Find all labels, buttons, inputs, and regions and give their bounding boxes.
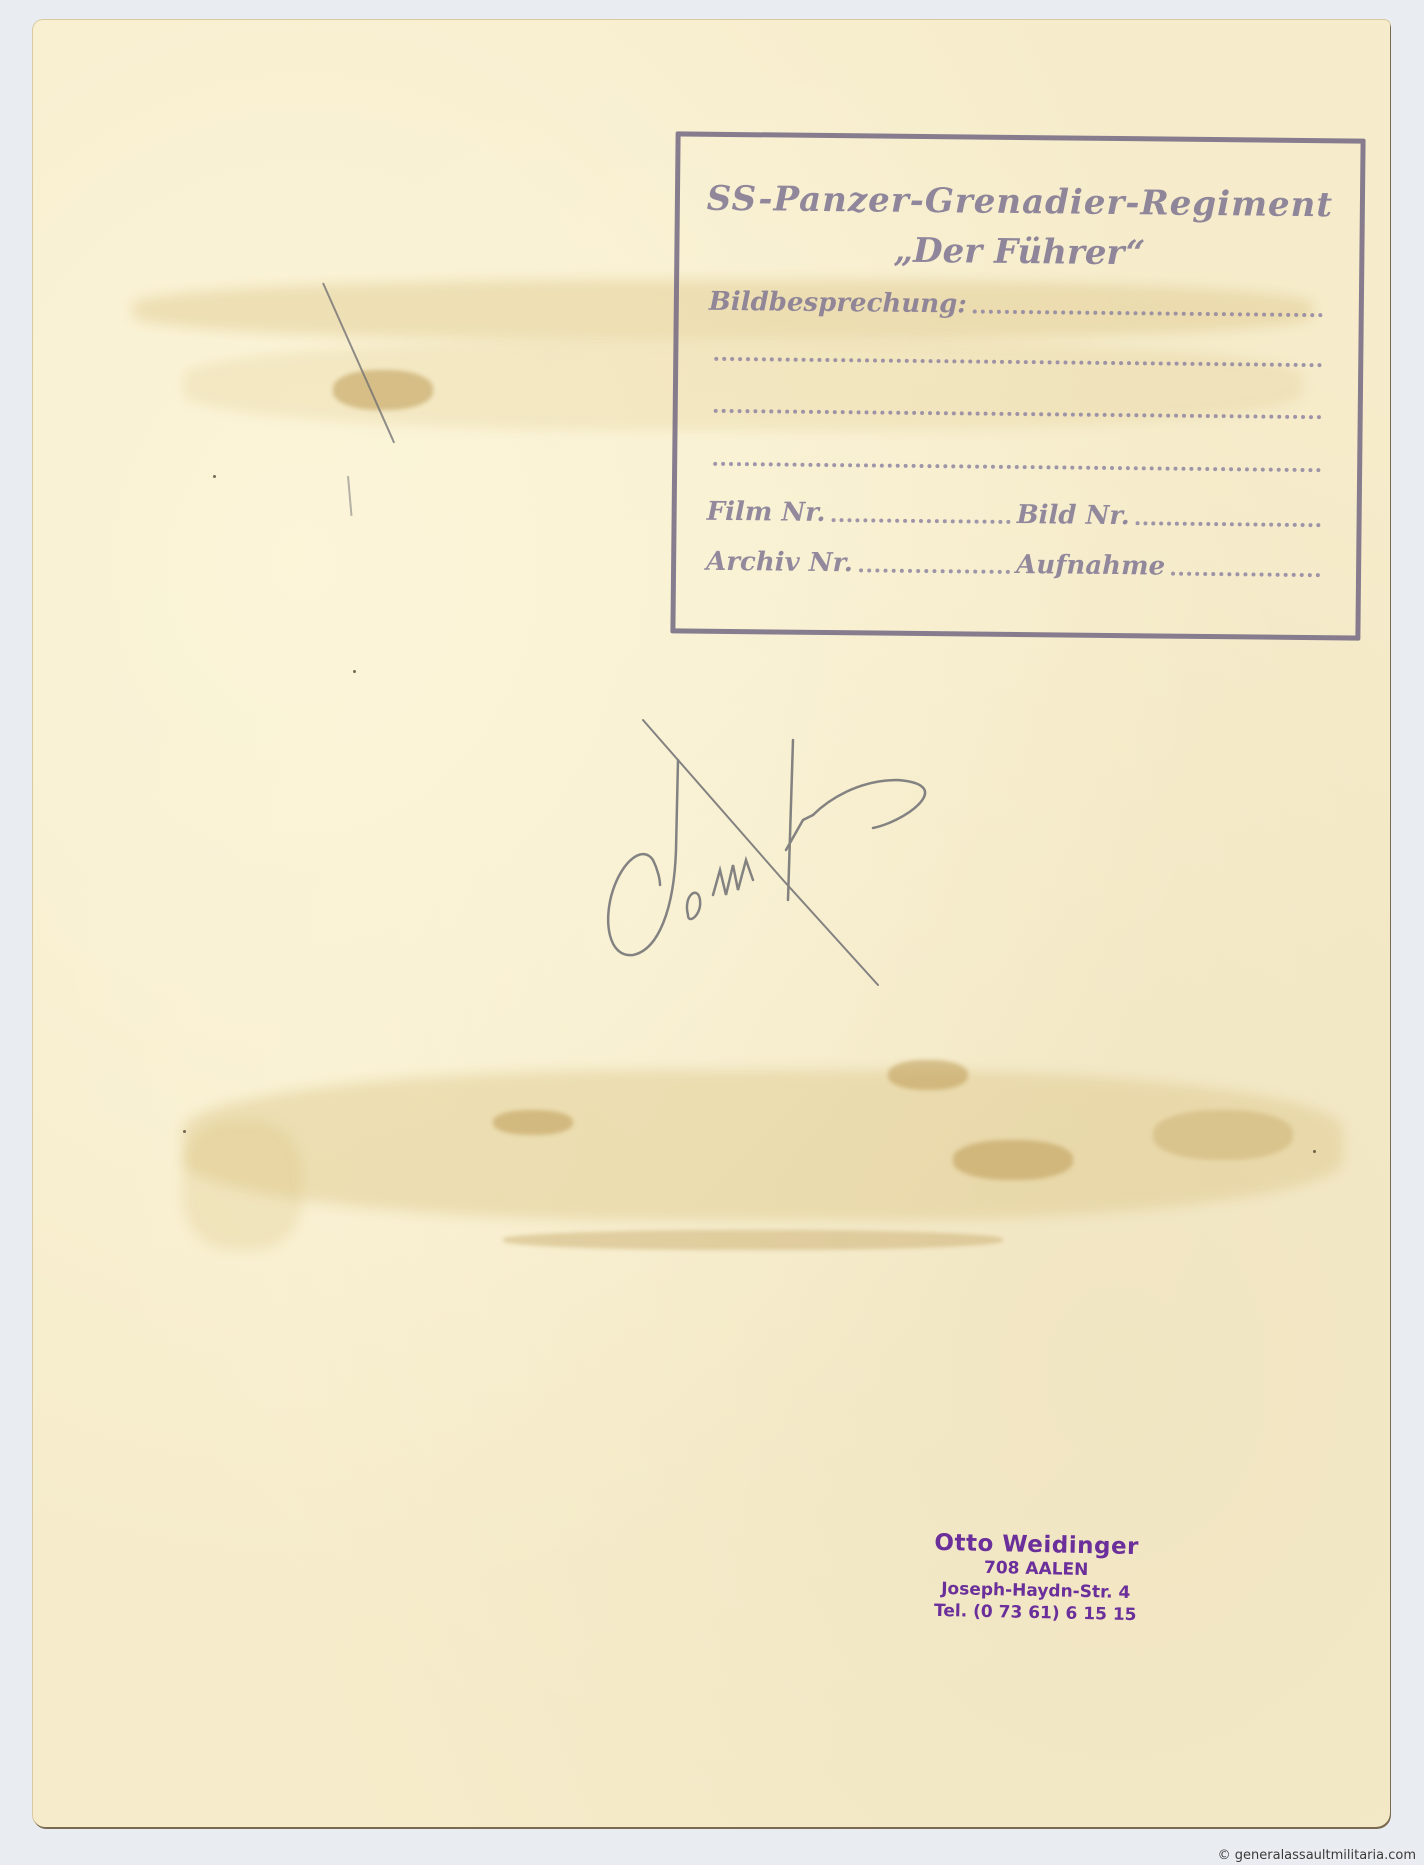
photo-back-card: SS-Panzer-Grenadier-Regiment „Der Führer… xyxy=(33,20,1390,1827)
glue-residue-left xyxy=(183,1120,303,1250)
brown-stain-left xyxy=(333,370,433,410)
speck xyxy=(1313,1150,1316,1153)
dotted-line xyxy=(859,568,1010,574)
dotted-line xyxy=(1136,521,1321,527)
speck xyxy=(183,1130,186,1133)
dotted-line xyxy=(1171,572,1320,578)
stamp-subtitle: „Der Führer“ xyxy=(679,228,1359,275)
dotted-line xyxy=(714,357,1322,367)
stamp-row-film-bild: Film Nr. Bild Nr. xyxy=(707,497,1327,533)
dotted-line xyxy=(714,409,1322,419)
dotted-line xyxy=(973,310,1323,318)
stamp-row-archiv-aufnahme: Archiv Nr. Aufnahme xyxy=(706,547,1326,583)
pencil-mark-small xyxy=(347,476,352,516)
stamp-title: SS-Panzer-Grenadier-Regiment xyxy=(680,178,1360,225)
stamp-row-besprechung: Bildbesprechung: xyxy=(709,287,1329,323)
aufnahme-label: Aufnahme xyxy=(1016,550,1165,582)
owner-name: Otto Weidinger xyxy=(911,1529,1161,1560)
dotted-line xyxy=(831,518,1010,524)
bild-label: Bild Nr. xyxy=(1016,500,1129,531)
dotted-line xyxy=(713,462,1321,472)
brown-stain-right xyxy=(1153,1110,1293,1160)
speck xyxy=(213,475,216,478)
film-label: Film Nr. xyxy=(707,497,826,528)
brown-stain-bottom-3 xyxy=(493,1110,573,1135)
stamp-row-blank-1 xyxy=(708,337,1328,373)
brown-stain-bottom-row xyxy=(503,1230,1003,1250)
stamp-row-blank-2 xyxy=(708,389,1328,425)
brown-stain-bottom-2 xyxy=(953,1140,1073,1180)
speck xyxy=(353,670,356,673)
owner-address-stamp: Otto Weidinger 708 AALEN Joseph-Haydn-St… xyxy=(910,1529,1162,1626)
owner-phone: Tel. (0 73 61) 6 15 15 xyxy=(910,1599,1160,1626)
pencil-signature xyxy=(588,700,948,990)
archiv-label: Archiv Nr. xyxy=(706,547,853,579)
besprechung-label: Bildbesprechung: xyxy=(709,287,967,320)
stamp-row-blank-3 xyxy=(707,442,1327,478)
brown-stain-bottom-1 xyxy=(888,1060,968,1090)
archive-stamp: SS-Panzer-Grenadier-Regiment „Der Führer… xyxy=(670,131,1365,640)
copyright-watermark: © generalassaultmilitaria.com xyxy=(1218,1848,1416,1863)
